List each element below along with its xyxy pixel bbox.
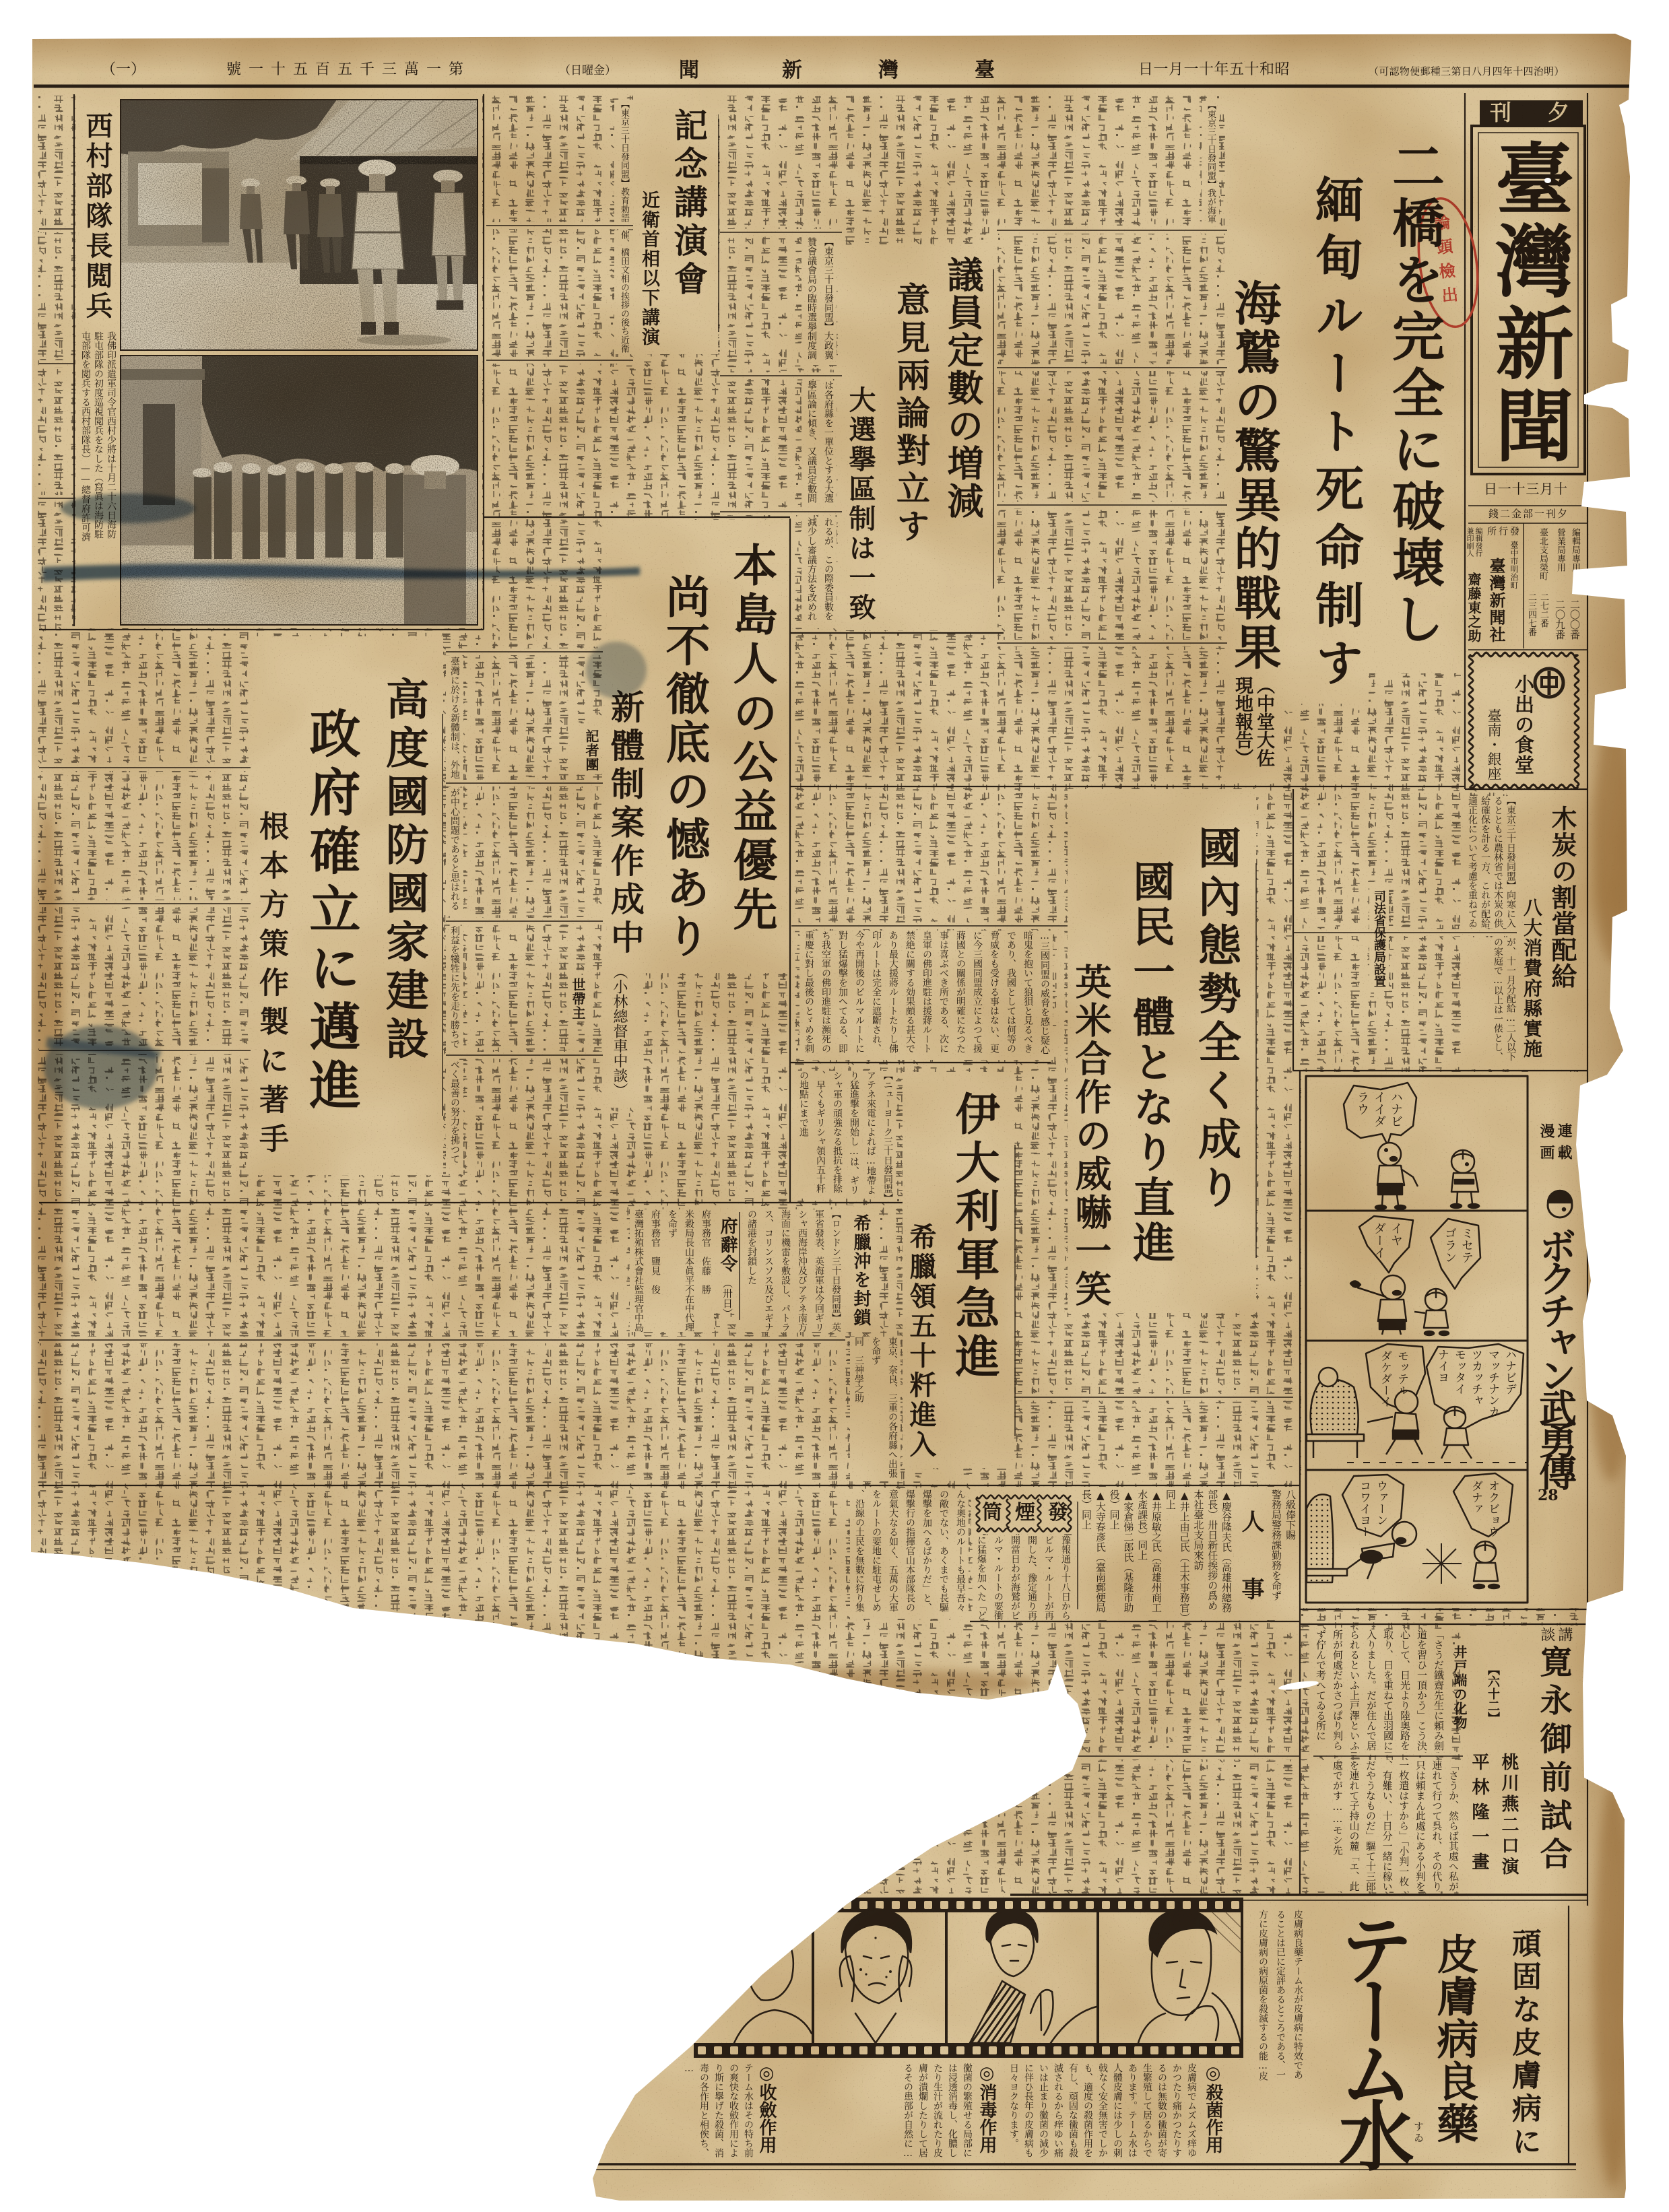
islanders-body: が中心問題であると思はれる [446, 788, 463, 916]
ad-section-title: ◎收斂作用 [758, 2063, 775, 2153]
ad-section-body: 皮膚病でムズムズ痒ゆかつたり痛かつたりするのは無數の黴菌が寄生繁殖して居るからで… [1004, 2063, 1199, 2161]
photo-inspection-upper [121, 100, 478, 350]
edition-label: 夕刊 [1490, 102, 1569, 123]
appointments-list-cont: 東京、奈良、三重の各府縣へ出張を命ず 同 三神學之助 東京、大阪、奈良、三重、愛… [850, 1337, 901, 1481]
headline-burma-1: 二橋を完全に破壊し [1387, 139, 1440, 648]
headline-domestic-2: 國民一體となり直進 [1130, 860, 1171, 1266]
subheadline-lecture: 近衛首相以下講演 [640, 191, 658, 347]
domestic-body-excerpt: …三國同盟の威脅を感じ疑心暗鬼を抱いて狼狽と見るべきであり、我國としては何等の脅… [799, 931, 1053, 1060]
ad-section-title: ◎殺菌作用 [1204, 2063, 1222, 2153]
restaurant-ad-name: 小出の食堂 [1513, 674, 1533, 775]
headline-appointments: 府辭令 [719, 1217, 736, 1273]
speech-bubble: オクビョウ ダナァ [1467, 1480, 1501, 1537]
islanders-body: 利益を犧牲に先を走り勝ちで [446, 926, 463, 1050]
editor-name: 齋藤東之助 [1467, 572, 1480, 643]
speech-bubble: ミセテ ゴラン [1441, 1227, 1475, 1263]
column-body-cont: んな奧地のルートも最早吾々の敵でない、あくまでも長驅爆擊を加へるばかりだ」と、爆… [850, 1489, 969, 1619]
headline-islanders-2: 尚不徹底の憾あり [662, 574, 707, 962]
serial-body-lower: 「さうか、然らば其處へ私が連れて行つて呉れ、その代り只は頼まん此處にある小判を一… [1312, 1760, 1462, 1891]
photo-caption: 我佛印派遣軍司令官西村少將は十月二十六日海防駐屯部隊の初度巡視閲兵をなした（寫眞… [78, 331, 117, 545]
headline-justice-ministry: 司法省保護局設置 [1373, 890, 1385, 987]
ad-intro-text: 皮膚病良藥テーム水が皮膚病に特效であることは已に定評あるところである、一方に皮膚… [1254, 1910, 1307, 2083]
headline-charcoal: 木炭の割當配給 [1549, 805, 1575, 989]
headline-italy-1: 伊大利軍急進 [952, 1091, 996, 1382]
restaurant-ad-location: 臺南・銀座 [1486, 708, 1501, 781]
appointments-date: （卅日） [722, 1278, 732, 1318]
phone-label-editorial: 編輯局專用 [1571, 528, 1579, 572]
masthead-price: 夕刊一部金二錢 [1488, 509, 1567, 519]
phone-number-taipei-branch: 二七二番 二三四七番 [1525, 593, 1549, 636]
publication-date: 昭和十五年十一月一日 [1138, 63, 1290, 77]
personnel-list: ▲慶谷隆夫氏（高雄州總務部長）卅日新任挨拶の爲め本社臺北支局來訪 ▲井上由己氏（… [1078, 1489, 1233, 1619]
postal-registration-note: （明治四十年四月八日第三種郵便物認可） [1369, 67, 1565, 77]
personnel-heading: 人事 [1239, 1510, 1262, 1644]
headline-domestic-1: 國內態勢全く成り [1194, 826, 1237, 1213]
phone-label-business: 營業局專用 [1556, 528, 1565, 572]
greek-blockade-body: 【ロンドン三十日發同盟】英軍省發表、英海軍は今回ギリシャ西海岸沖及びアテネ南方海… [743, 1209, 844, 1332]
speech-bubble: イヤ ダーイ [1371, 1222, 1404, 1259]
islanders-body: 臺灣に於ける新體制は、外地 [446, 657, 463, 781]
headline-defense-1: 高度國防國家建設 [382, 677, 425, 1065]
header-paper-name-char: 新 [782, 61, 802, 81]
burma-body-lead: 【東京三十日發同盟】我が海軍 [1202, 101, 1219, 228]
ad-section-body: テーム水はその特ち前の爽快な收斂作用により斯に擧げた殺菌、消毒の各作用と相俟ち、… [606, 2063, 756, 2161]
headline-diet-seats-3: 大選擧區制は一致 [847, 386, 874, 623]
photo-inspection-lower [121, 356, 478, 625]
serial-genre: 講 談 [1538, 1627, 1573, 1642]
masthead-issue-date: 十月三十一日 [1484, 482, 1567, 496]
column-title: 發煙筒 [982, 1503, 1068, 1523]
serial-illustrator: 平林隆一畫 [1470, 1753, 1488, 1877]
headline-defense-3: 根本方策作製に著手 [256, 811, 286, 1162]
newspaper-title: 臺灣新聞 [1489, 139, 1567, 467]
headline-islanders-1: 本島人の公益優先 [729, 542, 774, 935]
lecture-body-lead: 【東京三十日發同盟】教育勅語 [614, 100, 633, 224]
newspaper-page: （一） 第一萬三千五百五十一號 （金曜日） 聞 新 灣 臺 昭和十五年十一月一日… [0, 0, 1669, 2212]
diet-seats-body: 【東京三十日發同盟】大政翼贊會議會局の臨時選擧制度調査部 [801, 237, 837, 365]
byline-islanders: （小林總督車中談） [612, 964, 626, 1098]
speech-bubble: モッテル ダケダーイ [1376, 1350, 1410, 1407]
serial-narrator: 桃川燕二口演 [1500, 1753, 1517, 1878]
ad-section-title: ◎消毒作用 [978, 2063, 995, 2153]
headline-domestic-3: 英米合作の威嚇一笑 [1073, 963, 1109, 1308]
headline-diet-seats-2: 意見兩論對立す [894, 282, 927, 546]
subheadline-charcoal: 八大消費府縣實施 [1522, 898, 1541, 1059]
headline-italy-2: 希臘領五十粁進入 [907, 1223, 934, 1460]
column-body: 豫報通り十八日からビルマ・ルートが再開した、豫定通り再開當日わが海鷲がビルマ・ル… [973, 1535, 1074, 1620]
headline-diet-seats-1: 議員定數の増減 [945, 256, 981, 520]
byline-burma: （中堂大佐 現地報告） [1231, 676, 1274, 767]
editor-label: 編輯發行 兼印刷人 [1466, 527, 1483, 557]
publisher-name: 臺灣新聞社 [1488, 558, 1504, 644]
weekday: （金曜日） [559, 65, 616, 77]
ad-product-name: テーム水 [1332, 1911, 1408, 2159]
headline-defense-2: 政府確立に邁進 [305, 707, 356, 1117]
diet-seats-body: れるが、この際委員數を減少し審議方法を改めれば議員數 [801, 517, 837, 628]
issue-number: 第一萬三千五百五十一號 [226, 63, 471, 77]
speech-bubble: ハナビデ マッチナンカ ツカッチャ モッタイ ナイヨ [1433, 1349, 1517, 1417]
phone-number-editorial: 二〇〇番 [1569, 599, 1579, 640]
islanders-body: べく最善の努力を拂つて [446, 1060, 463, 1174]
headline-burma-2: 緬甸ルート死命制す [1311, 174, 1360, 696]
publisher-label: 發行所 [1487, 527, 1519, 537]
diet-seats-body: は各府縣を一單位とする大選擧區論に傾き、又議員定數問題は [801, 380, 837, 508]
charcoal-body-cont: が、十一月分配給…二人以下の家庭で…以上は一俵とし、 [1466, 937, 1517, 1069]
serial-body-upper: 「さうだ鐵齋先生に頼み劍道を習ひ一頂かう」こう決心して、日光より陸奥路を取り、日… [1312, 1630, 1447, 1752]
phone-label-taipei-branch: 臺北支局榮町 [1538, 528, 1547, 580]
comic-title: ボクチャン武勇傳 [1536, 1227, 1574, 1485]
header-paper-name-char: 灣 [878, 61, 898, 81]
header-paper-name-char: 聞 [679, 61, 699, 81]
comic-series-label: 連載 漫画 [1538, 1123, 1573, 1166]
ad-product-ruby: すゐ [1413, 2121, 1423, 2144]
subhead-press-corps: 記者團 [585, 729, 598, 772]
appointments-list: 府事務官 佐藤 勝 米穀局長山本眞平不在中代理を命ず 府事務官 鹽見 俊 臺灣拓… [630, 1209, 714, 1332]
serial-title: 寛永御前試合 [1537, 1645, 1569, 1875]
serial-chapter: 井戸端の化物 [1453, 1645, 1466, 1730]
headline-burma-3: 海鷲の驚異的戰果 [1231, 279, 1278, 672]
lecture-body-cont: 催、橋田文相の挨拶の後ち近衛 [614, 230, 633, 354]
page-number: （一） [101, 63, 145, 77]
header-paper-name-char: 臺 [975, 61, 995, 81]
photo-title: 西村部隊長閲兵 [84, 112, 110, 322]
subhead-householders: 世帶主 [571, 978, 585, 1020]
phone-number-business: 二〇九番 [1555, 599, 1565, 640]
comic-episode-number: 28 [1538, 1488, 1559, 1503]
italy-body-excerpt: 【ニューヨーク三十日發同盟】アテネ來電によれば…地帶より猛進擊を開始し…は、ギリ… [795, 1071, 896, 1199]
headline-lecture: 記念講演會 [672, 108, 705, 300]
ad-section-body: 黴菌の繁殖せる局部には浸透消毒し、化膿したり生汁が流れたり皮膚が潰爛したりして居… [785, 2063, 975, 2161]
ad-category: 皮膚病良藥 [1433, 1933, 1475, 2145]
headline-islanders-3: 新體制案作成中 [608, 690, 642, 958]
charcoal-body-lead: 【東京三十日發同盟】向寒に入るとともに農林省では木炭の供給確保を計る一方、これが… [1466, 796, 1517, 928]
headline-greek-blockade: 希臘沖を封鎖 [852, 1214, 870, 1327]
personnel-preceding-note: 八級俸下賜 警務局警務課勤務を命ず [1269, 1489, 1297, 1617]
speech-bubble: ハナビ イイダ ラウ [1354, 1091, 1404, 1127]
serial-installment: 【六十二】 [1486, 1663, 1499, 1724]
ad-tagline: 頑固な皮膚病に [1509, 1928, 1538, 2159]
speech-bubble: ウァーン コワイヨー [1355, 1480, 1389, 1537]
publisher-address: 臺中市明治町 [1510, 541, 1518, 589]
